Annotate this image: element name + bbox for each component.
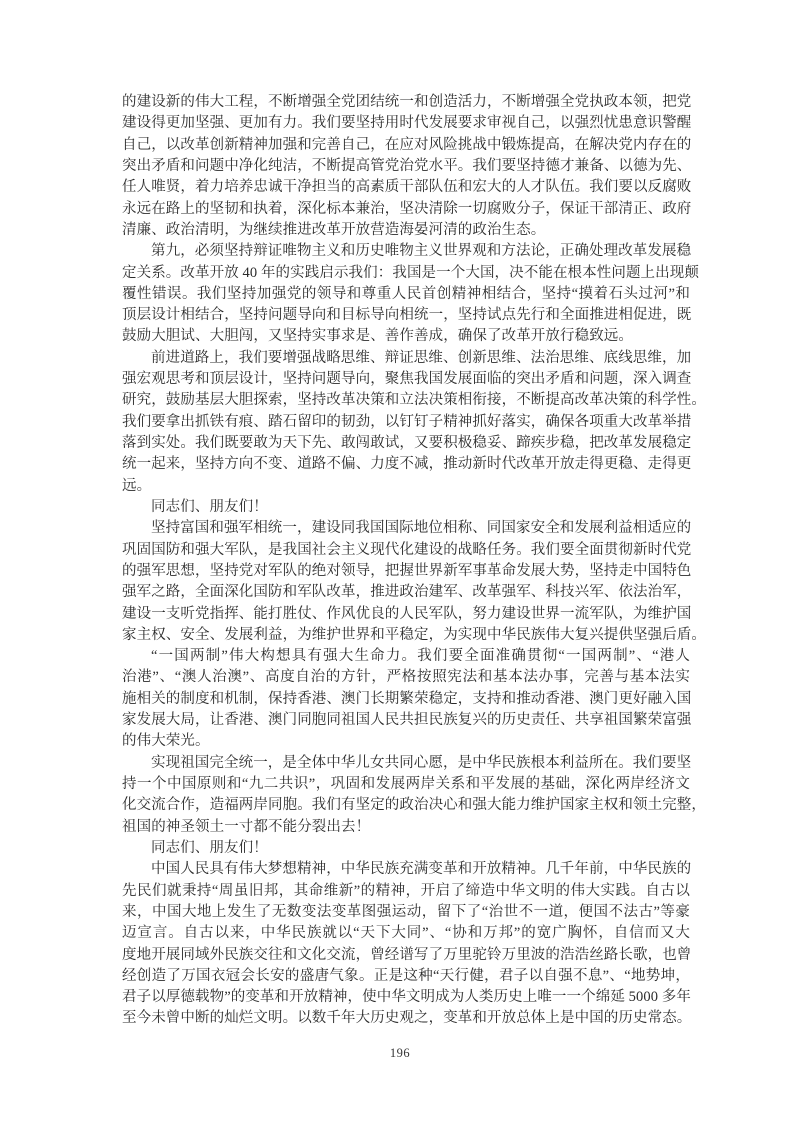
text-line: 家主权、安全、发展利益，为维护世界和平稳定，为实现中华民族伟大复兴提供坚强后盾。 — [122, 625, 690, 646]
text-line: 前进道路上，我们要增强战略思维、辩证思维、创新思维、法治思维、底线思维，加 — [122, 348, 690, 369]
text-line: 的伟大荣光。 — [122, 731, 690, 752]
text-line: 经创造了万国衣冠会长安的盛唐气象。正是这种“天行健，君子以自强不息”、“地势坤， — [122, 966, 690, 987]
text-line: 我们要拿出抓铁有痕、踏石留印的韧劲，以钉钉子精神抓好落实，确保各项重大改革举措 — [122, 412, 690, 433]
text-line: 远。 — [122, 476, 690, 497]
text-line: 建设一支听党指挥、能打胜仗、作风优良的人民军队，努力建设世界一流军队，为维护国 — [122, 604, 690, 625]
text-line: 顶层设计相结合，坚持问题导向和目标导向相统一，坚持试点先行和全面推进相促进，既 — [122, 305, 690, 326]
text-line: “一国两制”伟大构想具有强大生命力。我们要全面准确贯彻“一国两制”、“港人 — [122, 646, 690, 667]
text-line: 突出矛盾和问题中净化纯洁，不断提高管党治党水平。我们要坚持德才兼备、以德为先、 — [122, 156, 690, 177]
text-line: 同志们、朋友们！ — [122, 497, 690, 518]
text-line: 永远在路上的坚韧和执着，深化标本兼治，坚决清除一切腐败分子，保证干部清正、政府 — [122, 199, 690, 220]
text-line: 施相关的制度和机制，保持香港、澳门长期繁荣稳定，支持和推动香港、澳门更好融入国 — [122, 689, 690, 710]
text-line: 同志们、朋友们！ — [122, 838, 690, 859]
text-line: 定关系。改革开放 40 年的实践启示我们：我国是一个大国，决不能在根本性问题上出… — [122, 263, 690, 284]
text-line: 清廉、政治清明，为继续推进改革开放营造海晏河清的政治生态。 — [122, 220, 690, 241]
document-page: 的建设新的伟大工程，不断增强全党团结统一和创造活力，不断增强全党执政本领，把党建… — [0, 0, 800, 1133]
text-line: 中国人民具有伟大梦想精神，中华民族充满变革和开放精神。几千年前，中华民族的 — [122, 859, 690, 880]
text-line: 研究，鼓励基层大胆探索，坚持改革决策和立法决策相衔接，不断提高改革决策的科学性。 — [122, 390, 690, 411]
text-line: 任人唯贤，着力培养忠诚干净担当的高素质干部队伍和宏大的人才队伍。我们要以反腐败 — [122, 177, 690, 198]
page-number: 196 — [0, 1046, 800, 1061]
text-line: 巩固国防和强大军队，是我国社会主义现代化建设的战略任务。我们要全面贯彻新时代党 — [122, 540, 690, 561]
text-line: 统一起来，坚持方向不变、道路不偏、力度不减，推动新时代改革开放走得更稳、走得更 — [122, 454, 690, 475]
text-line: 来，中国大地上发生了无数变法变革图强运动，留下了“治世不一道，便国不法古”等豪 — [122, 902, 690, 923]
text-line: 迈宣言。自古以来，中华民族就以“天下大同”、“协和万邦”的宽广胸怀，自信而又大 — [122, 923, 690, 944]
text-line: 落到实处。我们既要敢为天下先、敢闯敢试，又要积极稳妥、蹄疾步稳，把改革发展稳定 — [122, 433, 690, 454]
text-line: 化交流合作，造福两岸同胞。我们有坚定的政治决心和强大能力维护国家主权和领土完整， — [122, 795, 690, 816]
text-line: 第九，必须坚持辩证唯物主义和历史唯物主义世界观和方法论，正确处理改革发展稳 — [122, 241, 690, 262]
text-line: 强宏观思考和顶层设计，坚持问题导向，聚焦我国发展面临的突出矛盾和问题，深入调查 — [122, 369, 690, 390]
text-line: 鼓励大胆试、大胆闯，又坚持实事求是、善作善成，确保了改革开放行稳致远。 — [122, 326, 690, 347]
text-line: 祖国的神圣领土一寸都不能分裂出去！ — [122, 817, 690, 838]
text-line: 家发展大局，让香港、澳门同胞同祖国人民共担民族复兴的历史责任、共享祖国繁荣富强 — [122, 710, 690, 731]
text-line: 强军之路，全面深化国防和军队改革，推进政治建军、改革强军、科技兴军、依法治军， — [122, 582, 690, 603]
text-line: 覆性错误。我们坚持加强党的领导和尊重人民首创精神相结合，坚持“摸着石头过河”和 — [122, 284, 690, 305]
text-line: 的建设新的伟大工程，不断增强全党团结统一和创造活力，不断增强全党执政本领，把党 — [122, 92, 690, 113]
text-line: 先民们就秉持“周虽旧邦，其命维新”的精神，开启了缔造中华文明的伟大实践。自古以 — [122, 881, 690, 902]
text-line: 坚持富国和强军相统一，建设同我国国际地位相称、同国家安全和发展利益相适应的 — [122, 518, 690, 539]
text-line: 的强军思想，坚持党对军队的绝对领导，把握世界新军事革命发展大势，坚持走中国特色 — [122, 561, 690, 582]
text-line: 君子以厚德载物”的变革和开放精神，使中华文明成为人类历史上唯一一个绵延 5000… — [122, 987, 690, 1008]
text-line: 持一个中国原则和“九二共识”，巩固和发展两岸关系和平发展的基础，深化两岸经济文 — [122, 774, 690, 795]
text-line: 度地开展同域外民族交往和文化交流，曾经谱写了万里驼铃万里波的浩浩丝路长歌，也曾 — [122, 945, 690, 966]
text-line: 至今未曾中断的灿烂文明。以数千年大历史观之，变革和开放总体上是中国的历史常态。 — [122, 1008, 690, 1029]
text-line: 治港”、“澳人治澳”、高度自治的方针，严格按照宪法和基本法办事，完善与基本法实 — [122, 667, 690, 688]
text-line: 建设得更加坚强、更加有力。我们要坚持用时代发展要求审视自己，以强烈忧患意识警醒 — [122, 113, 690, 134]
text-line: 自己，以改革创新精神加强和完善自己，在应对风险挑战中锻炼提高，在解决党内存在的 — [122, 135, 690, 156]
body-text: 的建设新的伟大工程，不断增强全党团结统一和创造活力，不断增强全党执政本领，把党建… — [122, 92, 690, 1030]
text-line: 实现祖国完全统一，是全体中华儿女共同心愿，是中华民族根本利益所在。我们要坚 — [122, 753, 690, 774]
